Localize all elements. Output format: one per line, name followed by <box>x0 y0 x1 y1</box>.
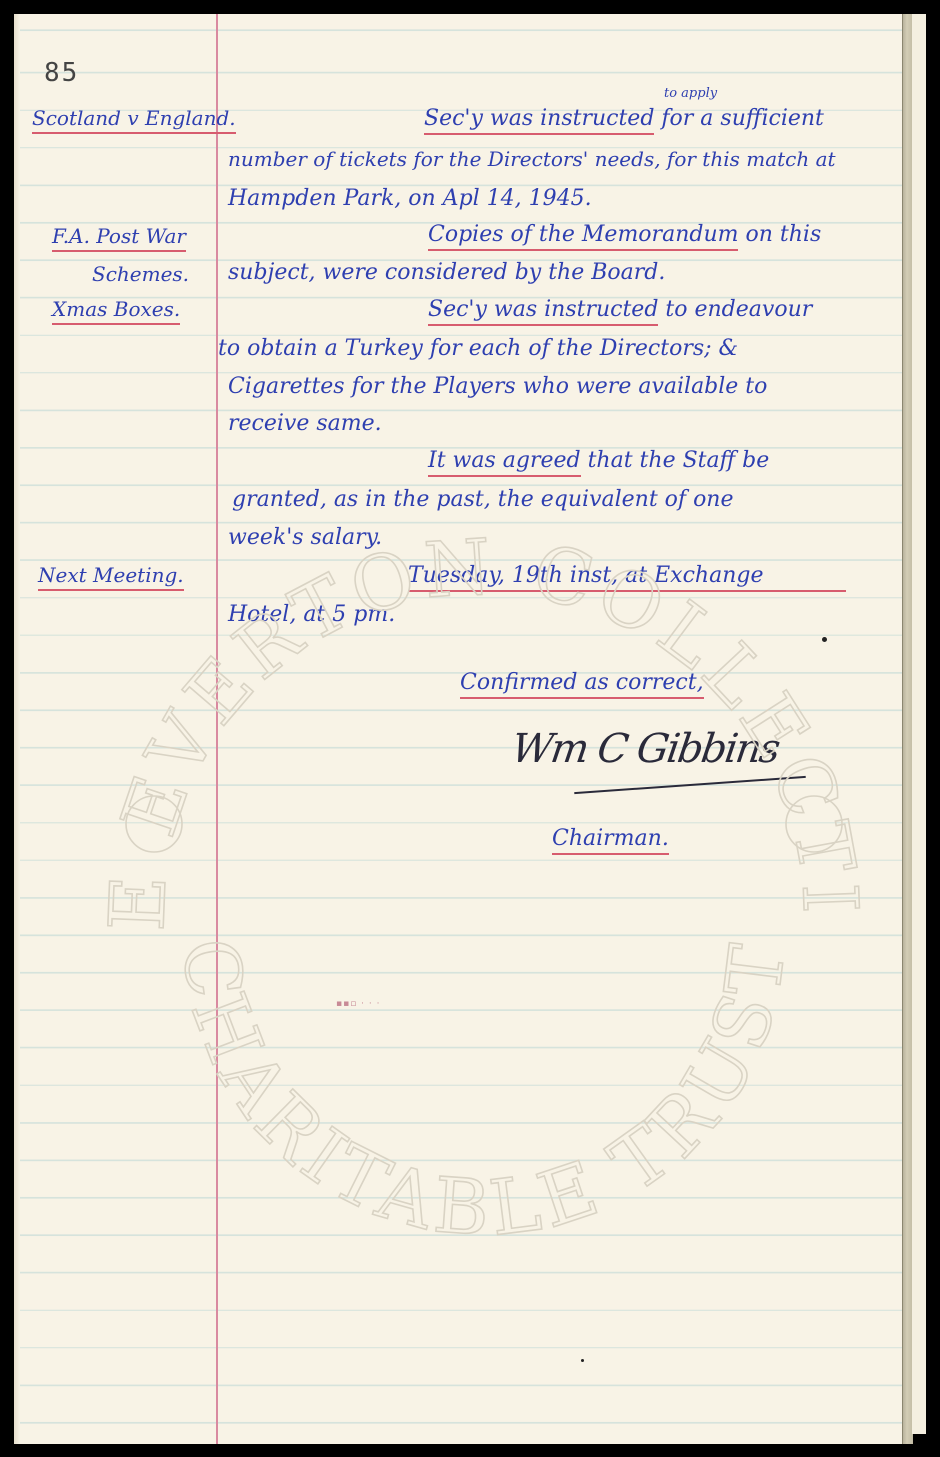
minute-xmas-line1: Sec'y was instructed to endeavour <box>428 297 812 322</box>
adjacent-page-edge <box>912 14 926 1434</box>
minute-xmas-line7: week's salary. <box>228 525 382 550</box>
minute-fa-line1-rest: on this <box>745 222 821 247</box>
page-gutter-shadow <box>14 14 20 1444</box>
minute-scotland-line1-rest: for a sufficient <box>661 106 823 131</box>
minute-next-meeting-line2: Hotel, at 5 pm. <box>228 602 395 627</box>
ledger-page: 85 Scotland v England. F.A. Post War Sch… <box>14 14 902 1444</box>
minute-xmas-agreed-lead: It was agreed <box>428 448 581 477</box>
minute-xmas-line3: Cigarettes for the Players who were avai… <box>228 374 767 399</box>
minute-scotland-lead: Sec'y was instructed <box>424 106 654 135</box>
red-margin-rule <box>216 14 218 1444</box>
margin-heading-schemes: Schemes. <box>92 262 189 286</box>
minute-fa-line2: subject, were considered by the Board. <box>228 260 665 285</box>
minute-xmas-line5: It was agreed that the Staff be <box>428 448 769 473</box>
margin-heading-next-meeting: Next Meeting. <box>38 563 184 591</box>
signature-underline <box>574 776 806 794</box>
chairman-title: Chairman. <box>552 826 669 855</box>
minute-xmas-line2: to obtain a Turkey for each of the Direc… <box>218 336 738 361</box>
watermark-seal: THE EVERTON COLLECTION CHARITABLE TRUST <box>104 534 864 1294</box>
minute-fa-line1: Copies of the Memorandum on this <box>428 222 821 247</box>
minute-xmas-lead: Sec'y was instructed <box>428 297 658 326</box>
minute-scotland-line2: number of tickets for the Directors' nee… <box>228 147 836 171</box>
minute-xmas-line1-rest: to endeavour <box>665 297 812 322</box>
margin-heading-scotland-england: Scotland v England. <box>32 106 236 134</box>
minute-xmas-line5-rest: that the Staff be <box>588 448 770 473</box>
minute-scotland-line3: Hampden Park, on Apl 14, 1945. <box>228 186 592 211</box>
minute-xmas-line4: receive same. <box>228 411 382 436</box>
minute-next-meeting-line1: Tuesday, 19th inst, at Exchange <box>408 563 846 592</box>
confirmation-text: Confirmed as correct, <box>460 670 704 699</box>
margin-heading-xmas-boxes: Xmas Boxes. <box>52 297 180 325</box>
ink-speck <box>581 1359 584 1362</box>
page-number: 85 <box>44 58 79 88</box>
chairman-signature: Wm C Gibbins <box>509 726 782 772</box>
margin-heading-fa-postwar: F.A. Post War <box>52 224 186 252</box>
minute-fa-lead: Copies of the Memorandum <box>428 222 738 251</box>
minute-xmas-line6: granted, as in the past, the equivalent … <box>232 487 734 512</box>
minute-scotland-line1: Sec'y was instructed for a sufficient <box>424 106 824 131</box>
faint-stamp-mark: ▪▪▫ · · · <box>336 999 380 1009</box>
watermark-bottom-text: CHARITABLE TRUST <box>165 933 803 1253</box>
inserted-text-to-apply: to apply <box>664 86 717 101</box>
ink-dot <box>822 637 827 642</box>
